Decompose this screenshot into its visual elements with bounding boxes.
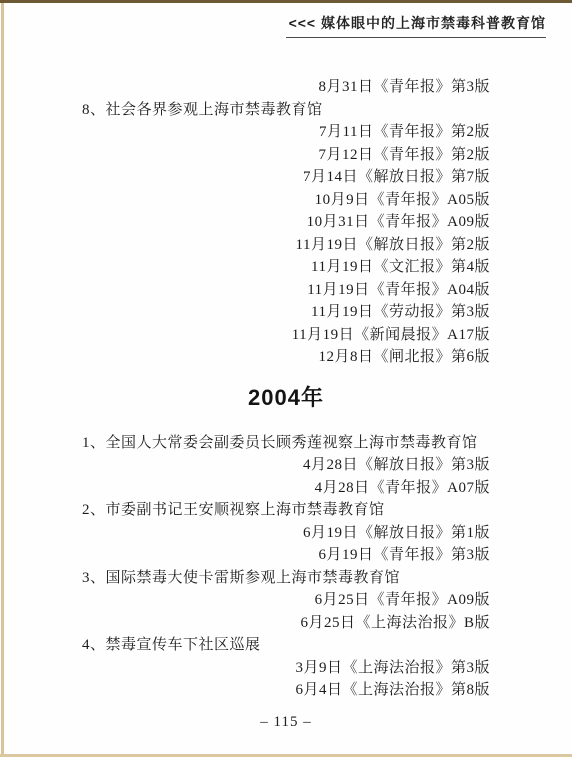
citation-line: 8月31日《青年报》第3版 — [82, 76, 490, 99]
citation-line: 11月19日《劳动报》第3版 — [82, 301, 490, 324]
citation-line: 4月28日《青年报》A07版 — [82, 477, 490, 500]
citation-line: 6月4日《上海法治报》第8版 — [82, 679, 490, 702]
citation-line: 7月14日《解放日报》第7版 — [82, 166, 490, 189]
citation-line: 10月31日《青年报》A09版 — [82, 211, 490, 234]
list-item: 2、市委副书记王安顺视察上海市禁毒教育馆 — [82, 499, 490, 522]
year-section-heading: 2004年 — [82, 385, 490, 411]
citation-line: 3月9日《上海法治报》第3版 — [82, 657, 490, 680]
citation-line: 6月19日《青年报》第3版 — [82, 544, 490, 567]
citation-line: 11月19日《解放日报》第2版 — [82, 234, 490, 257]
book-page: <<< 媒体眼中的上海市禁毒科普教育馆 8月31日《青年报》第3版 8、社会各界… — [0, 0, 572, 757]
running-header: <<< 媒体眼中的上海市禁毒科普教育馆 — [289, 13, 546, 33]
citation-line: 10月9日《青年报》A05版 — [82, 189, 490, 212]
page-border-top — [0, 0, 572, 3]
citation-line: 6月19日《解放日报》第1版 — [82, 522, 490, 545]
list-item: 1、全国人大常委会副委员长顾秀莲视察上海市禁毒教育馆 — [82, 432, 490, 455]
citation-line: 11月19日《青年报》A04版 — [82, 279, 490, 302]
citation-line: 4月28日《解放日报》第3版 — [82, 454, 490, 477]
citation-line: 6月25日《青年报》A09版 — [82, 589, 490, 612]
citation-line: 11月19日《新闻晨报》A17版 — [82, 324, 490, 347]
citation-line: 6月25日《上海法治报》B版 — [82, 612, 490, 635]
list-item: 3、国际禁毒大使卡雷斯参观上海市禁毒教育馆 — [82, 567, 490, 590]
citation-line: 12月8日《闸北报》第6版 — [82, 346, 490, 369]
citation-line: 7月12日《青年报》第2版 — [82, 144, 490, 167]
citation-line: 11月19日《文汇报》第4版 — [82, 256, 490, 279]
list-item: 4、禁毒宣传车下社区巡展 — [82, 634, 490, 657]
citation-list: 8月31日《青年报》第3版 8、社会各界参观上海市禁毒教育馆 7月11日《青年报… — [82, 76, 490, 702]
citation-line: 7月11日《青年报》第2版 — [82, 121, 490, 144]
page-number: – 115 – — [0, 714, 572, 731]
list-item: 8、社会各界参观上海市禁毒教育馆 — [82, 99, 490, 122]
page-border-left — [1, 3, 4, 757]
header-rule — [286, 37, 546, 38]
